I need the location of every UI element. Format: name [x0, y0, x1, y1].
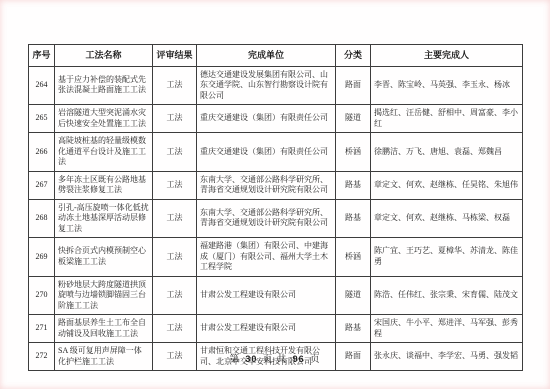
col-header-serial-number: 序号 — [29, 45, 55, 67]
cell-category: 隧道 — [336, 276, 371, 315]
table-row: 270 粉砂地层大跨度隧道拱顶旋喷与边墙锁脚锚固三台阶施工工法 工法 甘肃公发工… — [29, 276, 523, 315]
document-page: 序号 工法名称 评审结果 完成单位 分类 主要完成人 264 基于应力补偿的装配… — [0, 0, 550, 389]
cell-method-name: 基于应力补偿的装配式先张法混凝土路面施工工法 — [55, 66, 153, 105]
cell-completing-unit: 东南大学、交通部公路科学研究所、青海省交通规划设计研究院有限公司 — [197, 199, 336, 238]
table-row: 271 路面基层养生土工布全自动铺设及回收施工工法 工法 甘肃公发工程建设有限公… — [29, 315, 523, 343]
cell-category: 桥涵 — [336, 133, 371, 172]
cell-serial-number: 264 — [29, 66, 55, 105]
cell-method-name: 岩溶隧道大型突泥涌水灾后快速安全处置施工工法 — [55, 105, 153, 133]
cell-method-name: 粉砂地层大跨度隧道拱顶旋喷与边墙锁脚锚固三台阶施工工法 — [55, 276, 153, 315]
cell-completing-unit: 东南大学、交通部公路科学研究所、青海省交通规划设计研究院有限公司 — [197, 171, 336, 199]
footer-word-ye: 页 — [263, 355, 274, 365]
cell-serial-number: 265 — [29, 105, 55, 133]
table-row: 269 快拆合页式内模预制空心板梁施工工法 工法 福建路港（集团）有限公司、中建… — [29, 238, 523, 277]
cell-completing-unit: 甘肃公发工程建设有限公司 — [197, 276, 336, 315]
col-header-method-name: 工法名称 — [55, 45, 153, 67]
footer-total-pages: 96 — [291, 354, 307, 364]
cell-main-contributors: 章定文、何欢、赵继栋、任昊铭、朱旭伟 — [371, 171, 523, 199]
cell-category: 路面 — [336, 66, 371, 105]
cell-completing-unit: 重庆交通建设（集团）有限责任公司 — [197, 105, 336, 133]
cell-review-result: 工法 — [153, 238, 197, 277]
cell-review-result: 工法 — [153, 276, 197, 315]
footer-page-number: 30 — [243, 354, 259, 364]
cell-main-contributors: 揭选红、汪岳健、舒相中、周富豪、李小红 — [371, 105, 523, 133]
col-header-review-result: 评审结果 — [153, 45, 197, 67]
cell-review-result: 工法 — [153, 133, 197, 172]
cell-main-contributors: 徐鹏洁、万飞、唐旭、袁磊、郑魏昌 — [371, 133, 523, 172]
table-row: 264 基于应力补偿的装配式先张法混凝土路面施工工法 工法 德达交通建设发展集团… — [29, 66, 523, 105]
cell-main-contributors: 陈广宜、王巧艺、夏樟华、苏清龙、陈佳勇 — [371, 238, 523, 277]
table-row: 265 岩溶隧道大型突泥涌水灾后快速安全处置施工工法 工法 重庆交通建设（集团）… — [29, 105, 523, 133]
col-header-category: 分类 — [336, 45, 371, 67]
footer-word-gong: 共 — [277, 355, 288, 365]
cell-method-name: 快拆合页式内模预制空心板梁施工工法 — [55, 238, 153, 277]
cell-serial-number: 266 — [29, 133, 55, 172]
cell-main-contributors: 李晋、陈宝岭、马英强、李玉永、杨冰 — [371, 66, 523, 105]
cell-completing-unit: 德达交通建设发展集团有限公司、山东交通学院、山东智行勘察设计院有限公司 — [197, 66, 336, 105]
cell-method-name: 引孔-高压旋喷一体化低扰动冻土地基深厚活动层修复工法 — [55, 199, 153, 238]
cell-category: 桥涵 — [336, 238, 371, 277]
cell-serial-number: 269 — [29, 238, 55, 277]
table-row: 266 高陡坡桩基的轻量级模数化通道平台设计及施工工法 工法 重庆交通建设（集团… — [29, 133, 523, 172]
cell-category: 路基 — [336, 171, 371, 199]
cell-review-result: 工法 — [153, 199, 197, 238]
page-footer: 第 30 页 共 96 页 — [0, 351, 550, 365]
cell-category: 路基 — [336, 315, 371, 343]
cell-completing-unit: 福建路港（集团）有限公司、中建海成（厦门）有限公司、福州大学土木工程学院 — [197, 238, 336, 277]
cell-method-name: 多年冻土区既有公路地基劈裂注浆修复工法 — [55, 171, 153, 199]
cell-review-result: 工法 — [153, 315, 197, 343]
cell-review-result: 工法 — [153, 171, 197, 199]
cell-method-name: 路面基层养生土工布全自动铺设及回收施工工法 — [55, 315, 153, 343]
cell-serial-number: 271 — [29, 315, 55, 343]
cell-serial-number: 268 — [29, 199, 55, 238]
cell-review-result: 工法 — [153, 105, 197, 133]
col-header-main-contributors: 主要完成人 — [371, 45, 523, 67]
cell-main-contributors: 章定文、何欢、赵继栋、马栋梁、权磊 — [371, 199, 523, 238]
cell-serial-number: 267 — [29, 171, 55, 199]
table-row: 267 多年冻土区既有公路地基劈裂注浆修复工法 工法 东南大学、交通部公路科学研… — [29, 171, 523, 199]
construction-methods-table: 序号 工法名称 评审结果 完成单位 分类 主要完成人 264 基于应力补偿的装配… — [28, 44, 523, 371]
header-row: 序号 工法名称 评审结果 完成单位 分类 主要完成人 — [29, 45, 523, 67]
footer-word-di: 第 — [230, 355, 241, 365]
cell-main-contributors: 宋国庆、牛小平、郑进洋、马军强、彭秀程 — [371, 315, 523, 343]
cell-review-result: 工法 — [153, 66, 197, 105]
cell-main-contributors: 陈浩、任伟红、张宗秉、宋育儒、陆茂文 — [371, 276, 523, 315]
table-row: 268 引孔-高压旋喷一体化低扰动冻土地基深厚活动层修复工法 工法 东南大学、交… — [29, 199, 523, 238]
cell-method-name: 高陡坡桩基的轻量级模数化通道平台设计及施工工法 — [55, 133, 153, 172]
cell-category: 隧道 — [336, 105, 371, 133]
cell-completing-unit: 重庆交通建设（集团）有限责任公司 — [197, 133, 336, 172]
footer-word-ye: 页 — [310, 355, 321, 365]
cell-category: 路基 — [336, 199, 371, 238]
col-header-completing-unit: 完成单位 — [197, 45, 336, 67]
cell-completing-unit: 甘肃公发工程建设有限公司 — [197, 315, 336, 343]
cell-serial-number: 270 — [29, 276, 55, 315]
